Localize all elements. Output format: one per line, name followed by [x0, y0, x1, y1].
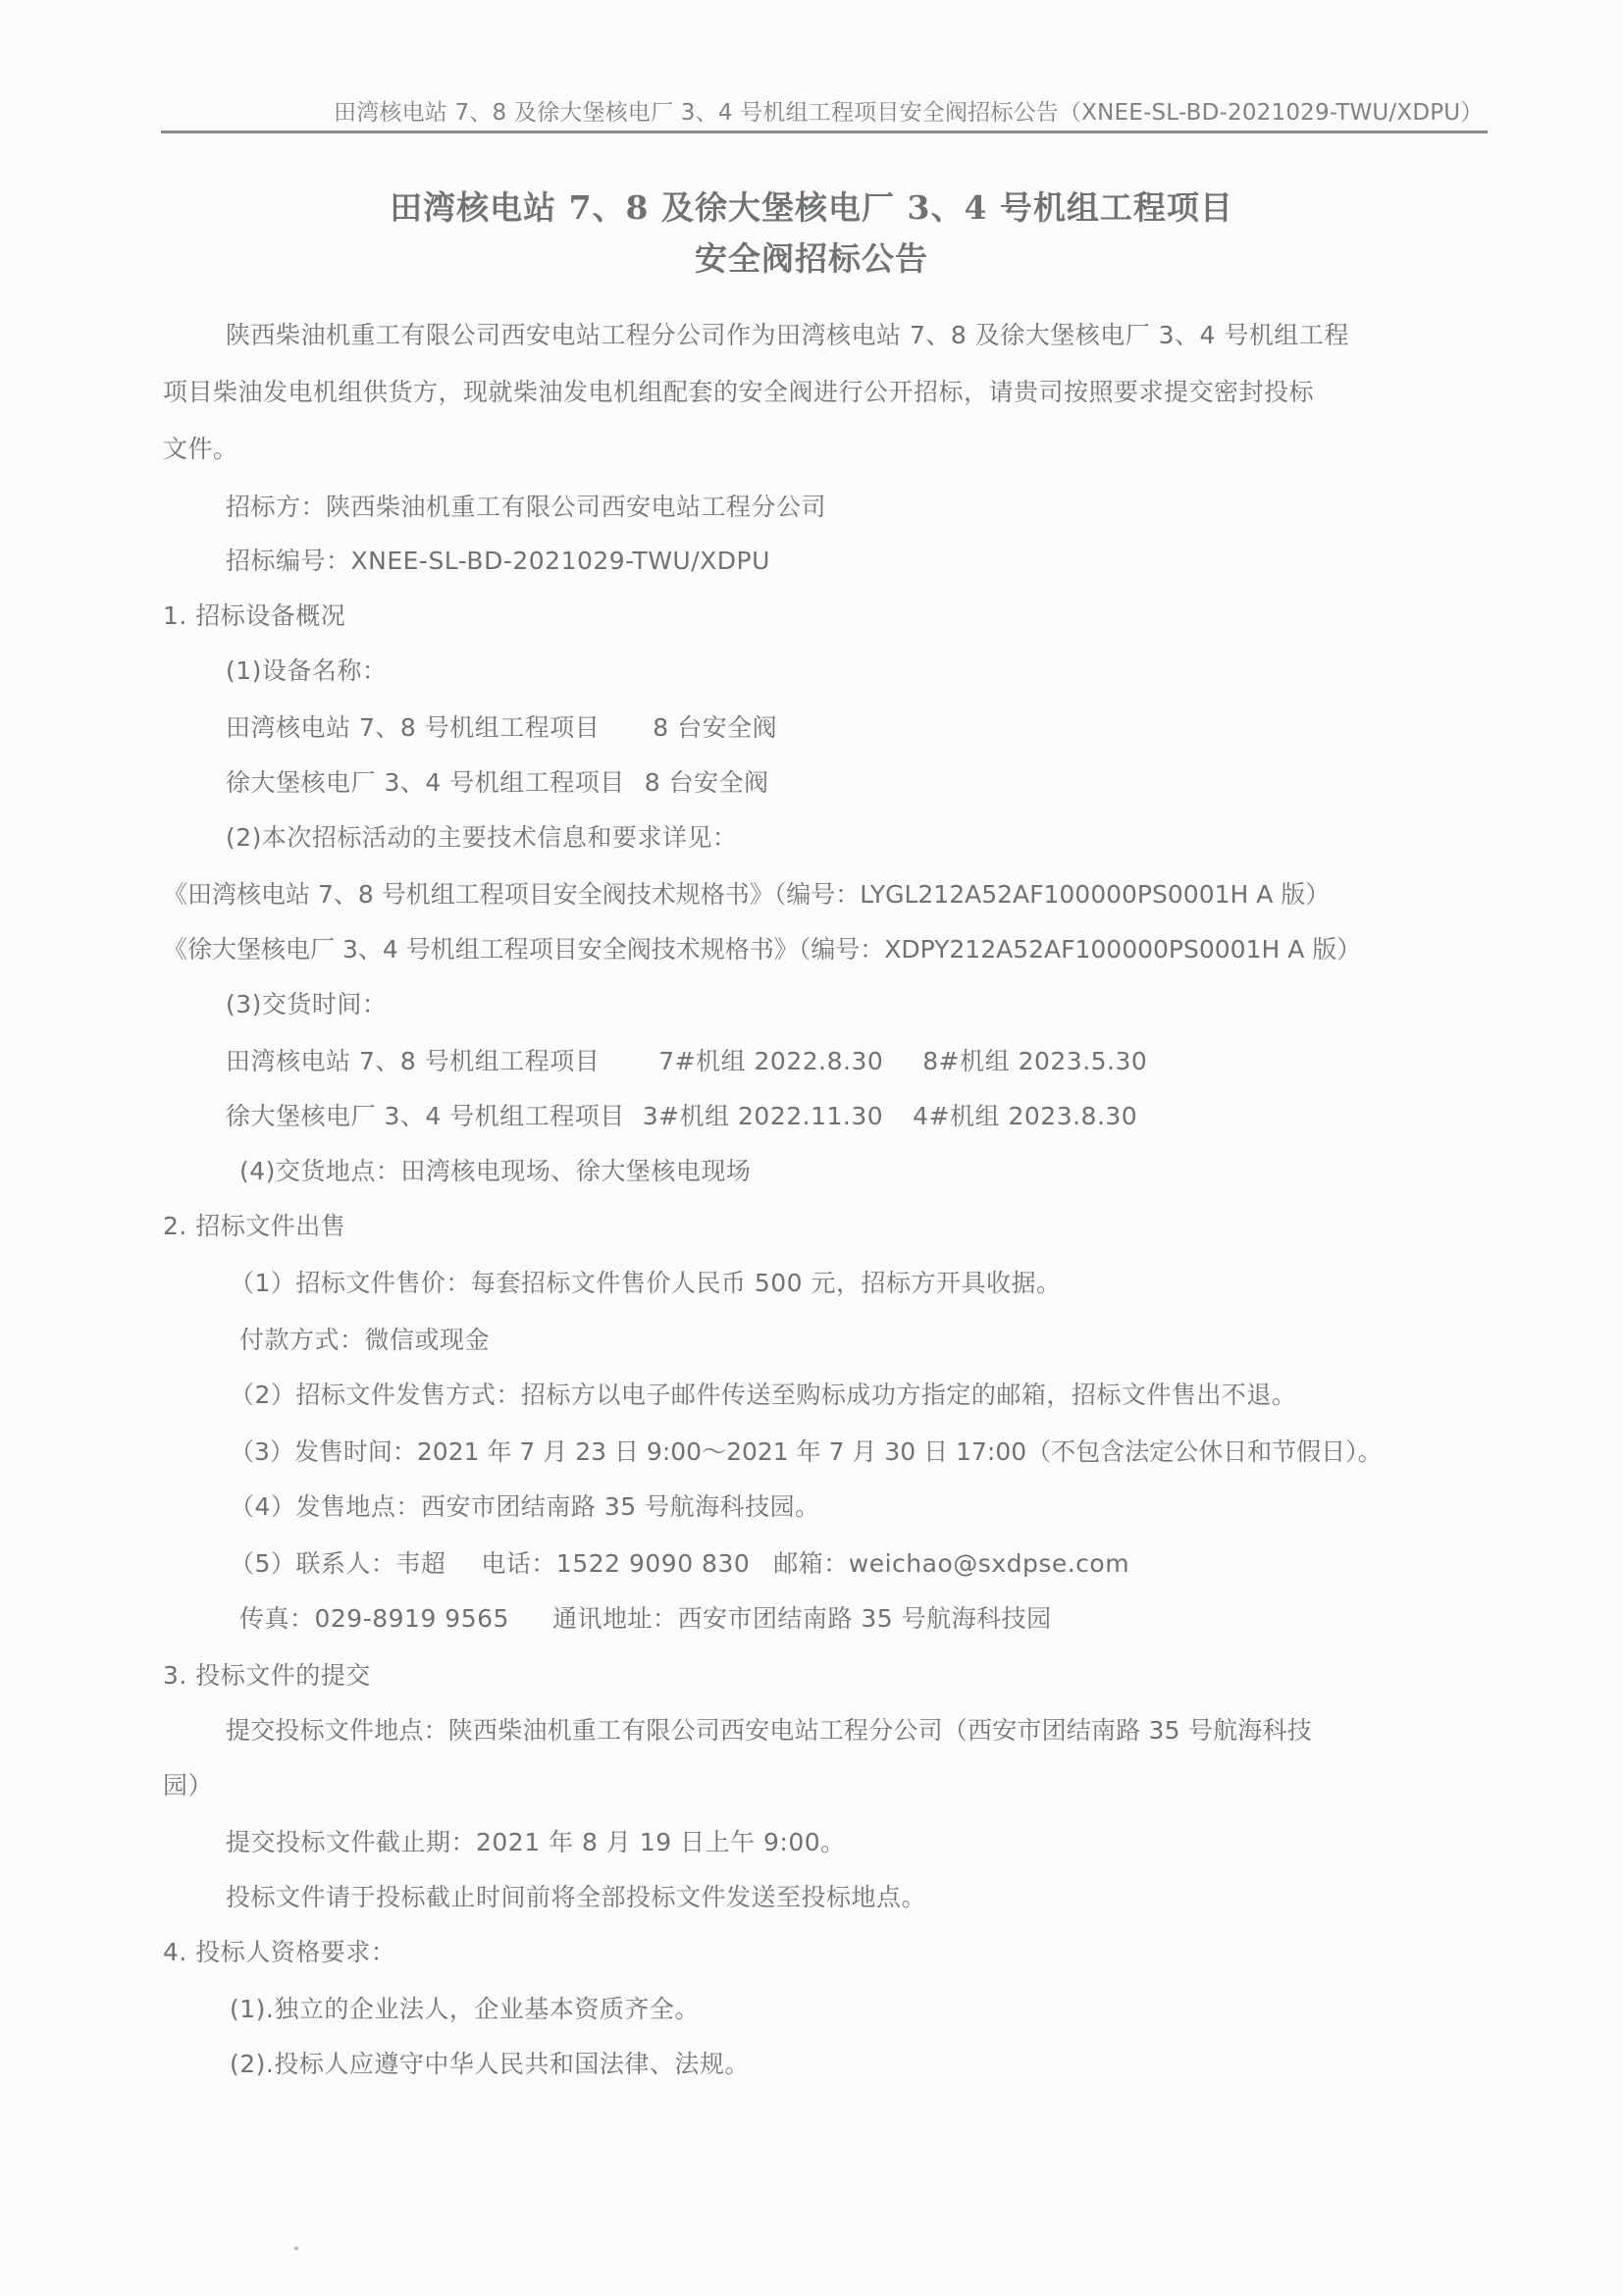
equipment-row: 徐大堡核电厂 3、4 号机组工程项目8 台安全阀	[226, 763, 769, 799]
equipment-project: 田湾核电站 7、8 号机组工程项目	[226, 713, 600, 742]
section2-heading: 2. 招标文件出售	[163, 1207, 345, 1242]
delivery-project: 徐大堡核电厂 3、4 号机组工程项目	[226, 1102, 625, 1130]
submission-note: 投标文件请于投标截止时间前将全部投标文件发送至投标地点。	[226, 1878, 926, 1913]
submission-place-line2: 园）	[163, 1766, 213, 1801]
intro-line2: 项目柴油发电机组供货方，现就柴油发电机组配套的安全阀进行公开招标，请贵司按照要求…	[163, 373, 1314, 408]
equipment-qty: 8 台安全阀	[653, 713, 777, 742]
section1-heading: 1. 招标设备概况	[163, 597, 345, 632]
sale-time: （3）发售时间：2021 年 7 月 23 日 9:00～2021 年 7 月 …	[230, 1433, 1383, 1468]
sale-place: （4）发售地点：西安市团结南路 35 号航海科技园。	[230, 1487, 820, 1523]
submission-place-line1: 提交投标文件地点：陕西柴油机重工有限公司西安电站工程分公司（西安市团结南路 35…	[226, 1711, 1312, 1747]
scan-speck	[294, 2247, 298, 2250]
delivery-unit-a: 7#机组 2022.8.30	[658, 1047, 883, 1075]
intro-line3: 文件。	[163, 430, 238, 465]
tender-number: 招标编号：XNEE-SL-BD-2021029-TWU/XDPU	[226, 542, 770, 577]
contact-person: （5）联系人：韦超	[230, 1549, 445, 1578]
spec-item: 《徐大堡核电厂 3、4 号机组工程项目安全阀技术规格书》（编号：XDPY212A…	[163, 930, 1361, 965]
qualification-item: (1).独立的企业法人，企业基本资质齐全。	[230, 1990, 700, 2025]
submission-deadline: 提交投标文件截止期：2021 年 8 月 19 日上午 9:00。	[226, 1823, 846, 1858]
sale-method: （2）招标文件发售方式：招标方以电子邮件传送至购标成功方指定的邮箱，招标文件售出…	[230, 1376, 1296, 1411]
delivery-project: 田湾核电站 7、8 号机组工程项目	[226, 1047, 600, 1075]
document-title-line1: 田湾核电站 7、8 及徐大堡核电厂 3、4 号机组工程项目	[0, 183, 1623, 229]
delivery-row: 徐大堡核电厂 3、4 号机组工程项目3#机组 2022.11.304#机组 20…	[226, 1097, 1137, 1132]
contact-row: （5）联系人：韦超电话：1522 9090 830邮箱：weichao@sxdp…	[230, 1544, 1129, 1580]
spec-label: (2)本次招标活动的主要技术信息和要求详见：	[226, 818, 737, 854]
contact-address: 通讯地址：西安市团结南路 35 号航海科技园	[552, 1604, 1052, 1633]
sale-price: （1）招标文件售价：每套招标文件售价人民币 500 元，招标方开具收据。	[230, 1264, 1062, 1299]
section3-heading: 3. 投标文件的提交	[163, 1656, 371, 1692]
payment-method: 付款方式：微信或现金	[239, 1321, 490, 1356]
delivery-location: (4)交货地点：田湾核电现场、徐大堡核电现场	[239, 1152, 751, 1187]
delivery-unit-b: 4#机组 2023.8.30	[913, 1102, 1137, 1130]
delivery-unit-b: 8#机组 2023.5.30	[922, 1047, 1147, 1075]
document-title-line2: 安全阀招标公告	[0, 234, 1623, 280]
delivery-label: (3)交货时间：	[226, 985, 387, 1020]
contact-fax: 传真：029-8919 9565	[239, 1604, 509, 1633]
fax-row: 传真：029-8919 9565通讯地址：西安市团结南路 35 号航海科技园	[239, 1599, 1052, 1635]
contact-phone: 电话：1522 9090 830	[481, 1549, 750, 1578]
tenderer: 招标方：陕西柴油机重工有限公司西安电站工程分公司	[226, 488, 826, 523]
qualification-item: (2).投标人应遵守中华人民共和国法律、法规。	[230, 2045, 750, 2080]
equipment-qty: 8 台安全阀	[645, 768, 769, 797]
header-rule	[161, 130, 1488, 133]
intro-line1: 陕西柴油机重工有限公司西安电站工程分公司作为田湾核电站 7、8 及徐大堡核电厂 …	[226, 316, 1349, 351]
equipment-row: 田湾核电站 7、8 号机组工程项目8 台安全阀	[226, 708, 777, 744]
spec-item: 《田湾核电站 7、8 号机组工程项目安全阀技术规格书》（编号：LYGL212A5…	[163, 875, 1330, 911]
equipment-label: (1)设备名称：	[226, 652, 387, 687]
contact-email[interactable]: 邮箱：weichao@sxdpse.com	[773, 1549, 1129, 1578]
equipment-project: 徐大堡核电厂 3、4 号机组工程项目	[226, 768, 625, 797]
delivery-unit-a: 3#机组 2022.11.30	[643, 1102, 883, 1130]
running-header: 田湾核电站 7、8 及徐大堡核电厂 3、4 号机组工程项目安全阀招标公告（XNE…	[334, 94, 1484, 127]
delivery-row: 田湾核电站 7、8 号机组工程项目7#机组 2022.8.308#机组 2023…	[226, 1042, 1147, 1077]
section4-heading: 4. 投标人资格要求：	[163, 1933, 395, 1968]
